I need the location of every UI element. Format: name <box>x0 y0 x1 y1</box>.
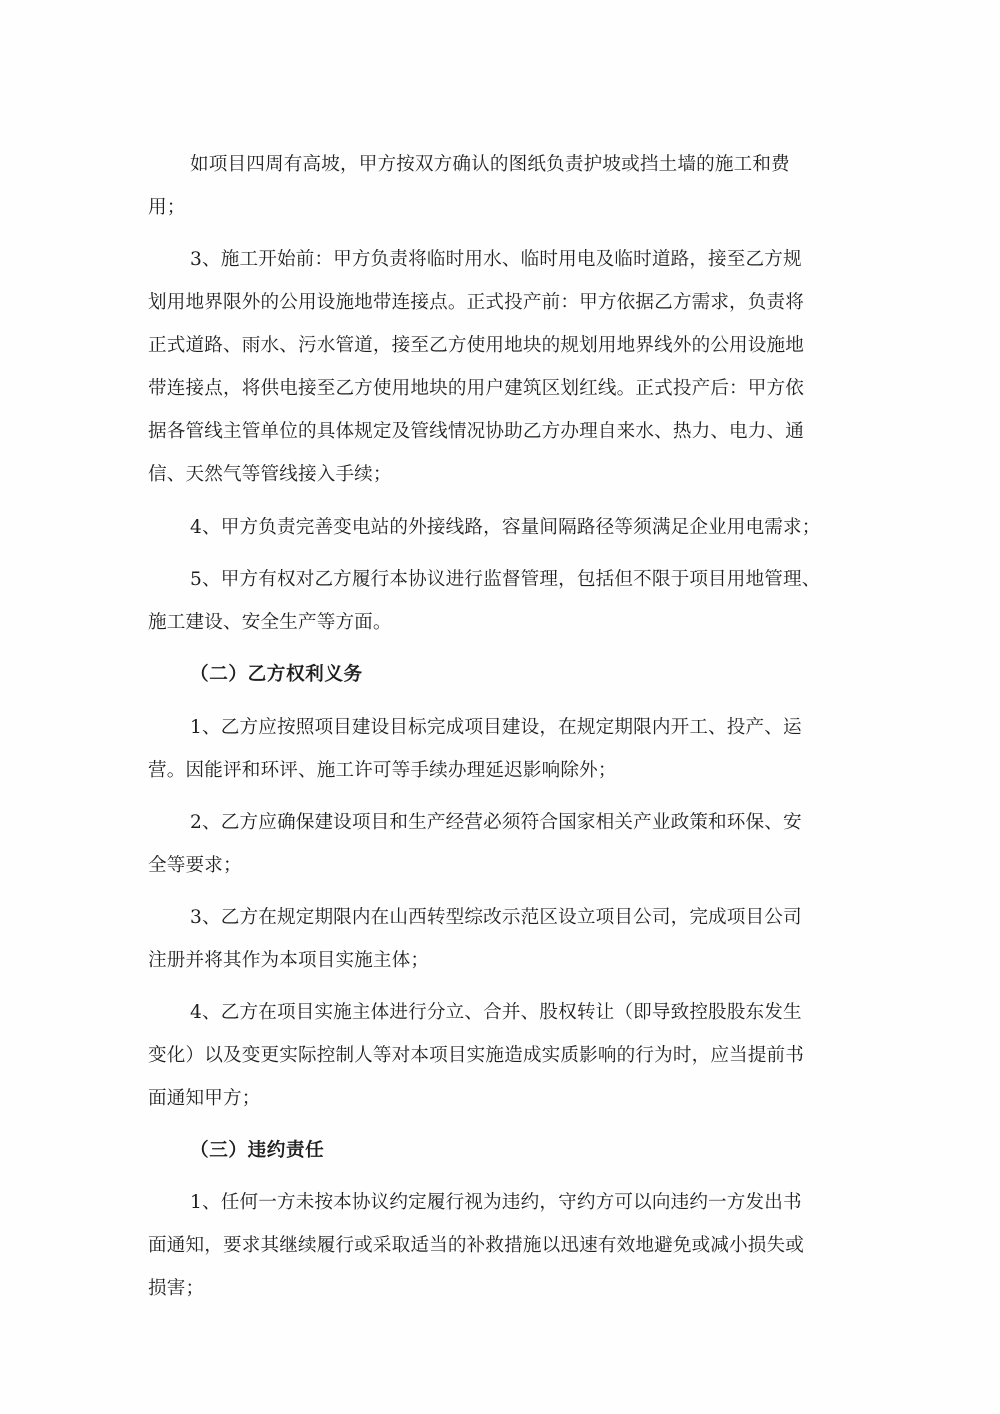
paragraph-line: 信、天然气等管线接入手续； <box>148 463 392 487</box>
paragraph-line: 4、甲方负责完善变电站的外接线路，容量间隔路径等须满足企业用电需求； <box>190 516 821 540</box>
paragraph-line: 损害； <box>148 1277 204 1301</box>
paragraph-line: 1、乙方应按照项目建设目标完成项目建设，在规定期限内开工、投产、运 <box>190 716 802 740</box>
document-page: 如项目四周有高坡，甲方按双方确认的图纸负责护坡或挡土墙的施工和费 用； 3、施工… <box>0 0 1000 1414</box>
section-heading: （二）乙方权利义务 <box>190 663 363 687</box>
paragraph-line: 如项目四周有高坡，甲方按双方确认的图纸负责护坡或挡土墙的施工和费 <box>190 153 790 177</box>
paragraph-line: 带连接点，将供电接至乙方使用地块的用户建筑区划红线。正式投产后：甲方依 <box>148 377 804 401</box>
paragraph-line: 划用地界限外的公用设施地带连接点。正式投产前：甲方依据乙方需求，负责将 <box>148 291 804 315</box>
paragraph-line: 施工建设、安全生产等方面。 <box>148 611 392 635</box>
paragraph-line: 面通知甲方； <box>148 1087 260 1111</box>
paragraph-line: 2、乙方应确保建设项目和生产经营必须符合国家相关产业政策和环保、安 <box>190 811 802 835</box>
section-heading: （三）违约责任 <box>190 1139 324 1163</box>
paragraph-line: 5、甲方有权对乙方履行本协议进行监督管理，包括但不限于项目用地管理、 <box>190 568 821 592</box>
paragraph-line: 营。因能评和环评、施工许可等手续办理延迟影响除外； <box>148 759 617 783</box>
paragraph-line: 面通知，要求其继续履行或采取适当的补救措施以迅速有效地避免或减小损失或 <box>148 1234 804 1258</box>
paragraph-line: 3、乙方在规定期限内在山西转型综改示范区设立项目公司，完成项目公司 <box>190 906 802 930</box>
paragraph-line: 注册并将其作为本项目实施主体； <box>148 949 429 973</box>
paragraph-line: 用； <box>148 196 186 220</box>
paragraph-line: 变化）以及变更实际控制人等对本项目实施造成实质影响的行为时，应当提前书 <box>148 1044 804 1068</box>
paragraph-line: 4、乙方在项目实施主体进行分立、合并、股权转让（即导致控股股东发生 <box>190 1001 802 1025</box>
paragraph-line: 1、任何一方未按本协议约定履行视为违约，守约方可以向违约一方发出书 <box>190 1191 802 1215</box>
paragraph-line: 全等要求； <box>148 854 242 878</box>
paragraph-line: 据各管线主管单位的具体规定及管线情况协助乙方办理自来水、热力、电力、通 <box>148 420 804 444</box>
paragraph-line: 3、施工开始前：甲方负责将临时用水、临时用电及临时道路，接至乙方规 <box>190 248 802 272</box>
paragraph-line: 正式道路、雨水、污水管道，接至乙方使用地块的规划用地界线外的公用设施地 <box>148 334 804 358</box>
